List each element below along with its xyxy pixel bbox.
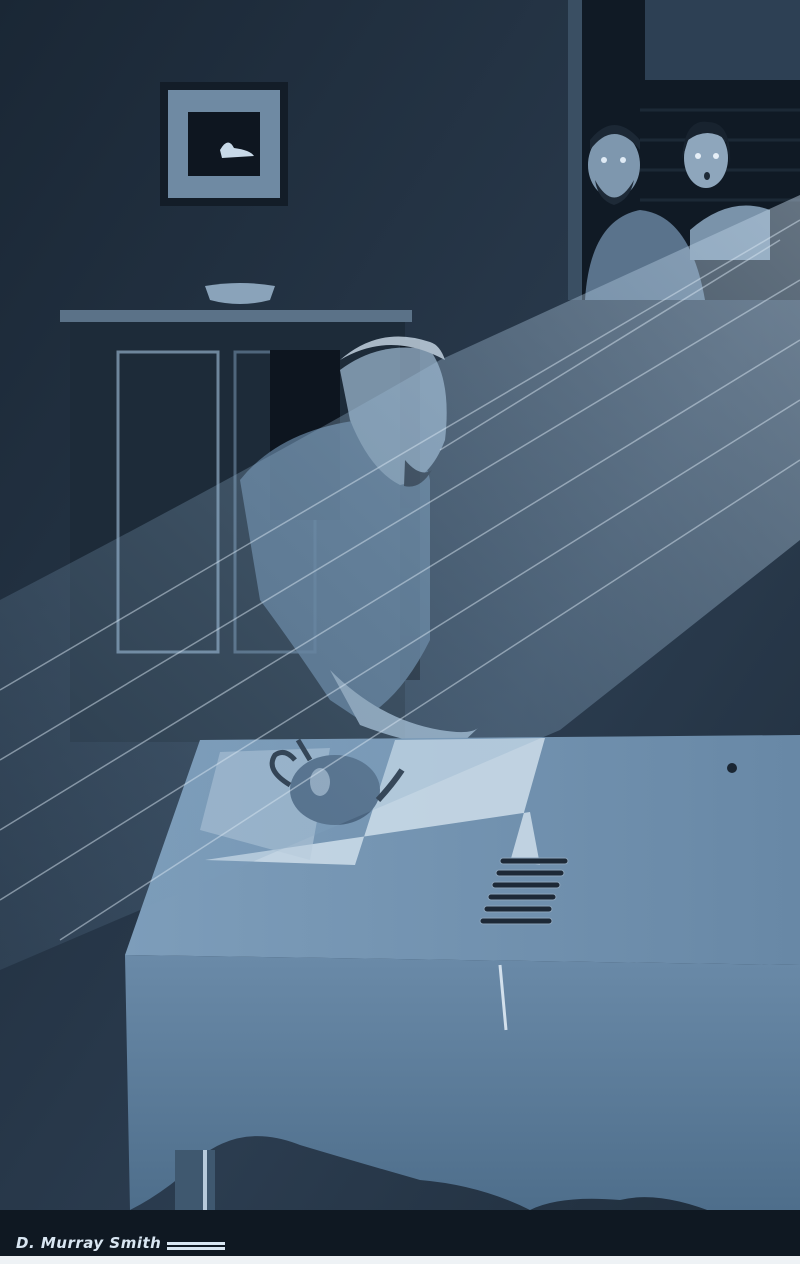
picture-frame: [160, 82, 288, 206]
artist-signature: D. Murray Smith: [16, 1234, 225, 1252]
page-border: [0, 1256, 800, 1264]
illustration-scene: [0, 0, 800, 1264]
signature-underline: [167, 1242, 225, 1245]
signature-text: D. Murray Smith: [16, 1234, 161, 1252]
